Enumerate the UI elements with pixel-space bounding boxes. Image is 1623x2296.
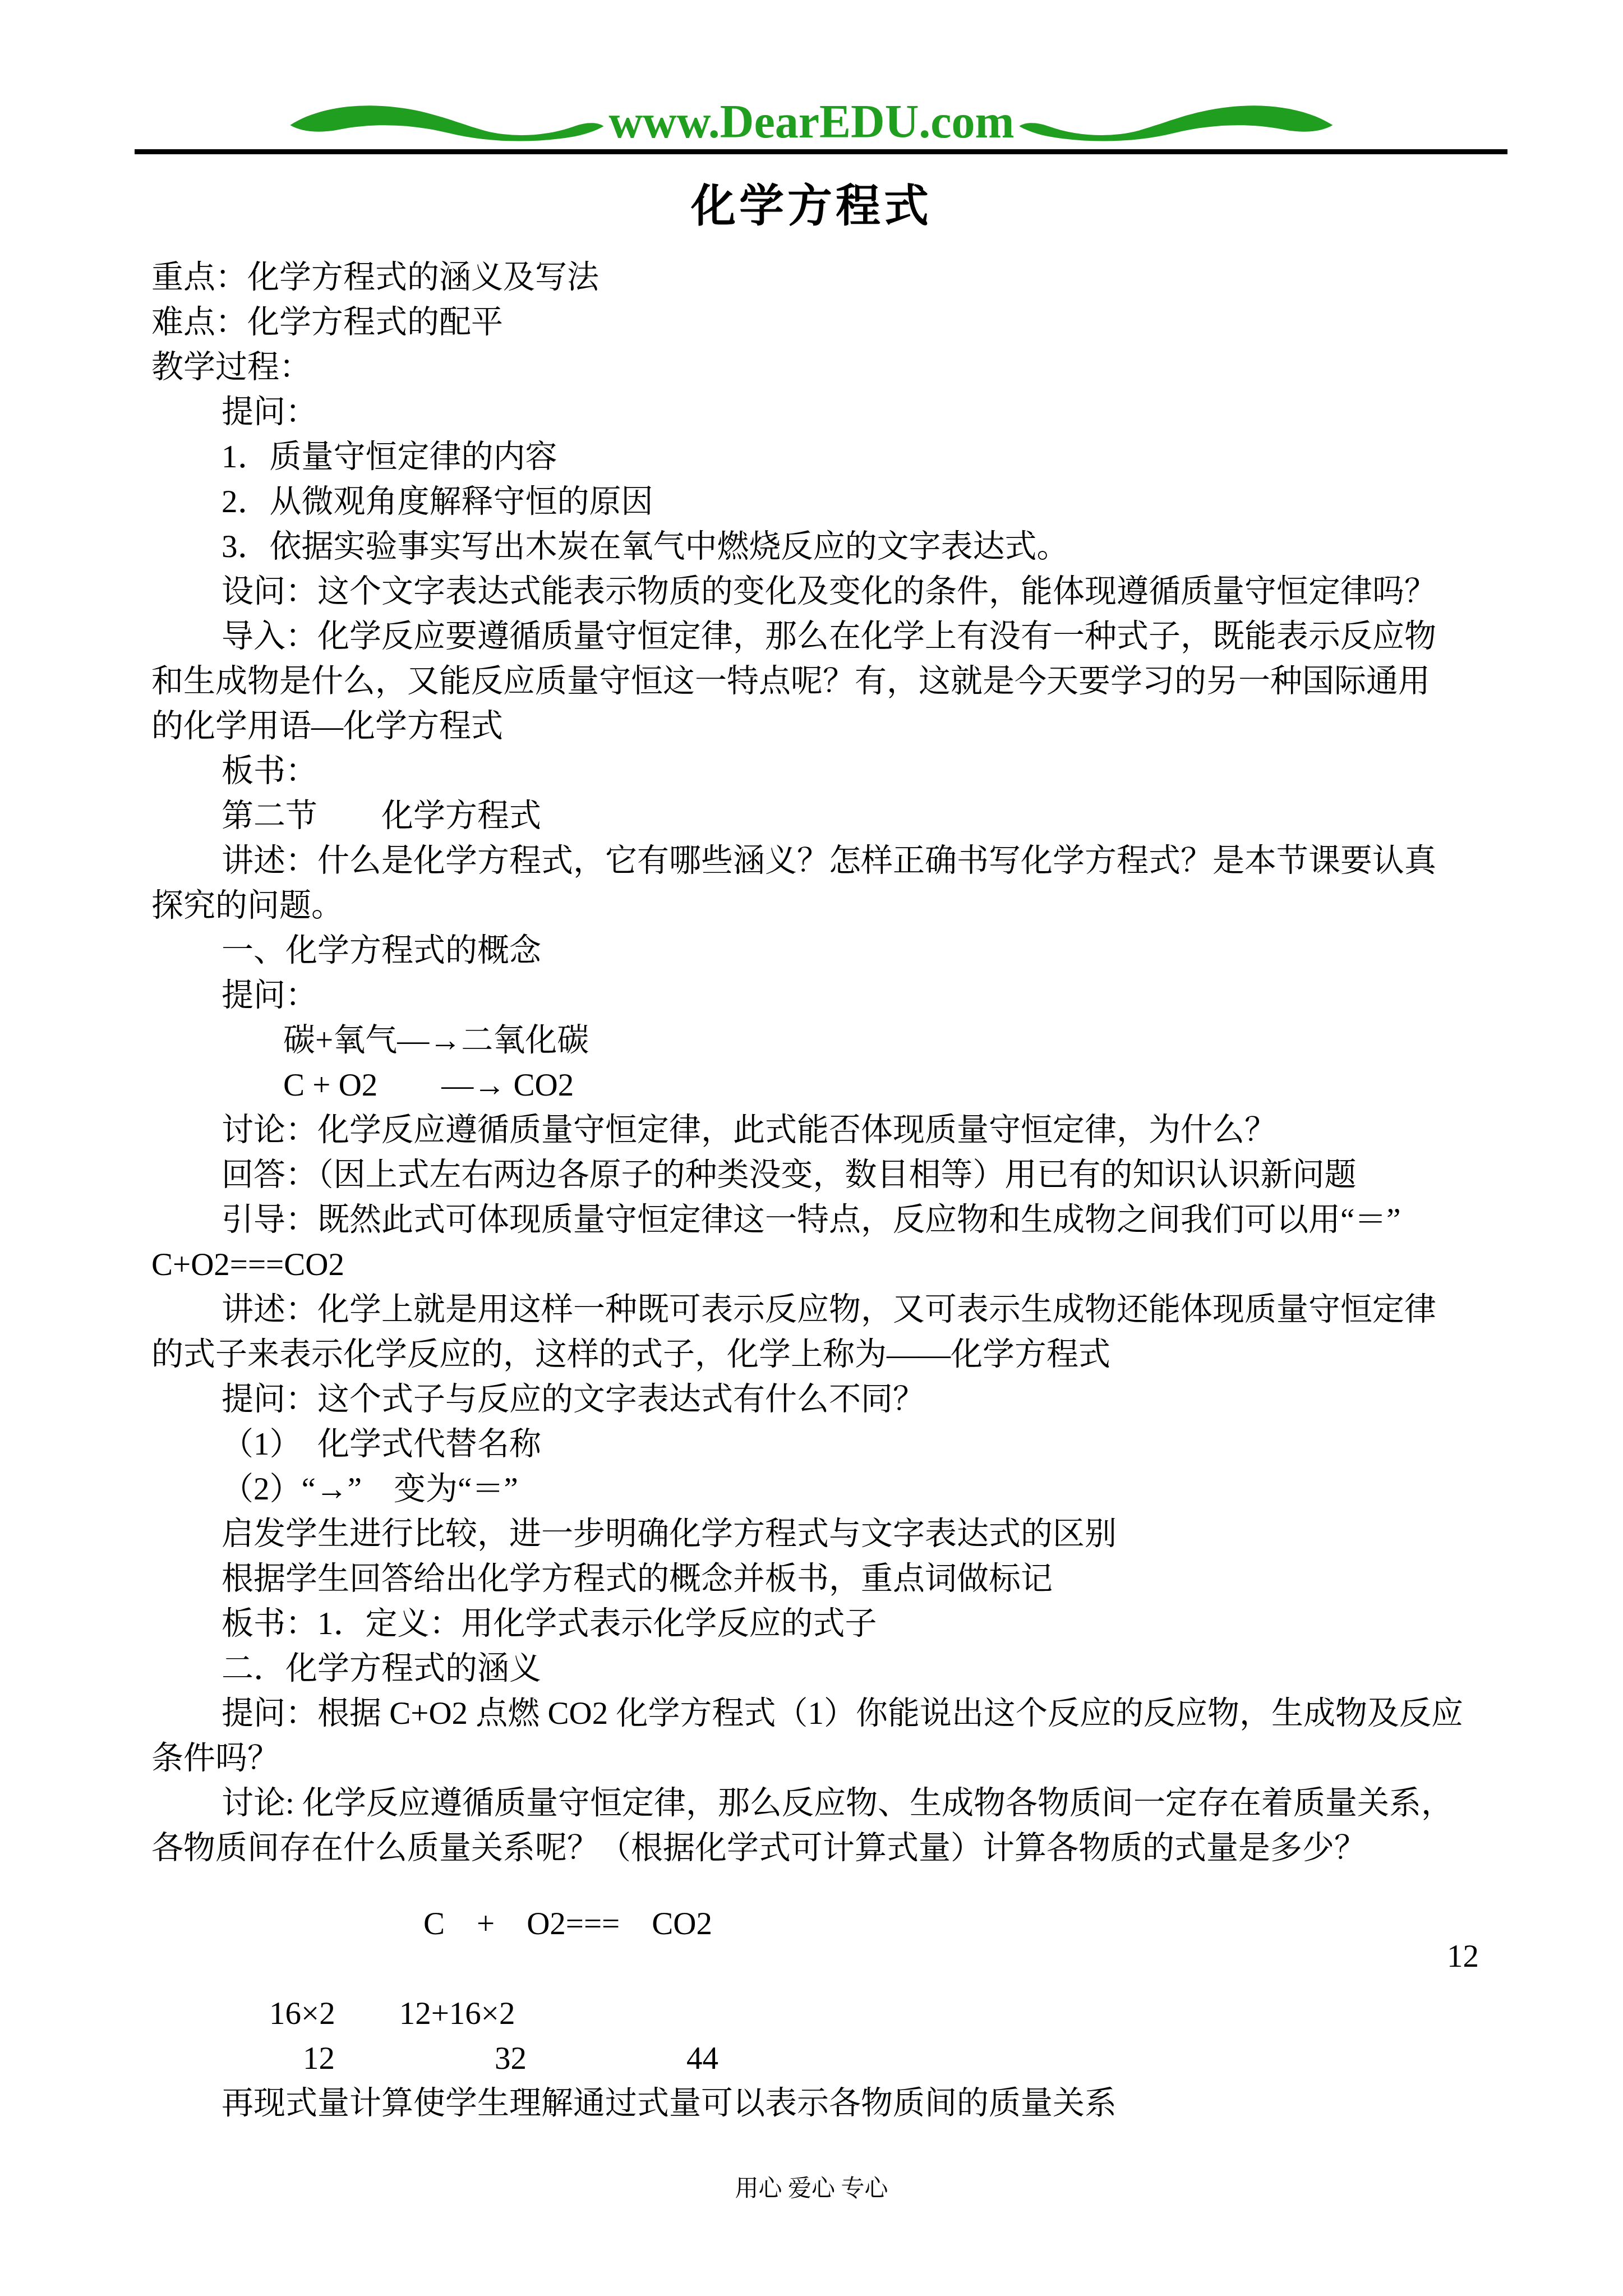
- logo-right-swoosh-icon: [1018, 102, 1335, 145]
- dearedu-logo: www.DearEDU.com: [288, 100, 1334, 147]
- text-line: 导入：化学反应要遵循质量守恒定律，那么在化学上有没有一种式子，既能表示反应物: [222, 614, 1623, 659]
- text-line: 讲述：什么是化学方程式，它有哪些涵义？怎样正确书写化学方程式？是本节课要认真: [222, 839, 1623, 884]
- document-page: www.DearEDU.com 化学方程式 重点：化学方程式的涵义及写法难点：化…: [0, 0, 1623, 2296]
- text-line: 的式子来表示化学反应的，这样的式子，化学上称为——化学方程式: [151, 1332, 1623, 1377]
- text-line: 3．依据实验事实写出木炭在氧气中燃烧反应的文字表达式。: [222, 524, 1623, 569]
- text-line: 讨论：化学反应遵循质量守恒定律，此式能否体现质量守恒定律，为什么？: [222, 1108, 1623, 1153]
- text-line: 教学过程：: [151, 345, 1623, 390]
- text-line: 提问：: [222, 973, 1623, 1018]
- text-line: 板书：: [222, 749, 1623, 794]
- text-line: 和生成物是什么，又能反应质量守恒这一特点呢？有，这就是今天要学习的另一种国际通用: [151, 659, 1623, 704]
- text-line: 碳+氧气—→二氧化碳: [283, 1018, 1623, 1063]
- text-line: 第二节 化学方程式: [222, 794, 1623, 839]
- text-line: 讲述：化学上就是用这样一种既可表示反应物，又可表示生成物还能体现质量守恒定律: [222, 1287, 1623, 1332]
- logo-left-swoosh-icon: [288, 102, 605, 145]
- text-line: 难点：化学方程式的配平: [151, 300, 1623, 345]
- text-line: 引导：既然此式可体现质量守恒定律这一特点，反应物和生成物之间我们可以用“＝”: [222, 1198, 1623, 1243]
- text-line: 提问：根据 C+O2 点燃 CO2 化学方程式（1）你能说出这个反应的反应物，生…: [222, 1691, 1623, 1736]
- text-line: 各物质间存在什么质量关系呢？（根据化学式可计算式量）计算各物质的式量是多少？: [151, 1826, 1623, 1871]
- page-number: 12: [1447, 1934, 1479, 1979]
- text-line: 回答：（因上式左右两边各原子的种类没变，数目相等）用已有的知识认识新问题: [222, 1153, 1623, 1198]
- text-line: C+O2===CO2: [151, 1243, 1623, 1287]
- text-line: C + O2=== CO2: [423, 1902, 1623, 1947]
- text-line: 探究的问题。: [151, 884, 1623, 928]
- text-line: 二．化学方程式的涵义: [222, 1646, 1623, 1691]
- text-line: 2．从微观角度解释守恒的原因: [222, 480, 1623, 524]
- text-line: 板书：1．定义：用化学式表示化学反应的式子: [222, 1602, 1623, 1646]
- text-line: （2）“→” 变为“＝”: [222, 1467, 1623, 1512]
- text-line: 一、化学方程式的概念: [222, 928, 1623, 973]
- text-line: 设问：这个文字表达式能表示物质的变化及变化的条件，能体现遵循质量守恒定律吗？: [222, 569, 1623, 614]
- text-line: 12 32 44: [303, 2036, 1623, 2081]
- header-divider: [135, 149, 1507, 154]
- text-line: 16×2 12+16×2: [269, 1991, 1623, 2036]
- text-line: 启发学生进行比较，进一步明确化学方程式与文字表达式的区别: [222, 1512, 1623, 1557]
- logo-text: www.DearEDU.com: [608, 99, 1014, 146]
- text-line: 再现式量计算使学生理解通过式量可以表示各物质间的质量关系: [222, 2081, 1623, 2126]
- text-line: 讨论: 化学反应遵循质量守恒定律，那么反应物、生成物各物质间一定存在着质量关系，: [222, 1781, 1623, 1826]
- text-line: 根据学生回答给出化学方程式的概念并板书，重点词做标记: [222, 1557, 1623, 1602]
- text-line: C + O2 —→ CO2: [283, 1063, 1623, 1108]
- text-line: 1．质量守恒定律的内容: [222, 435, 1623, 480]
- document-body: 重点：化学方程式的涵义及写法难点：化学方程式的配平教学过程：提问：1．质量守恒定…: [0, 255, 1623, 2126]
- text-line: 提问：这个式子与反应的文字表达式有什么不同？: [222, 1377, 1623, 1422]
- text-line: 重点：化学方程式的涵义及写法: [151, 255, 1623, 300]
- text-line: 条件吗？: [151, 1736, 1623, 1781]
- page-footer: 用心 爱心 专心: [0, 2172, 1623, 2206]
- text-line: 的化学用语—化学方程式: [151, 704, 1623, 749]
- page-title: 化学方程式: [0, 178, 1623, 234]
- text-line: （1） 化学式代替名称: [222, 1422, 1623, 1467]
- text-line: 提问：: [222, 390, 1623, 435]
